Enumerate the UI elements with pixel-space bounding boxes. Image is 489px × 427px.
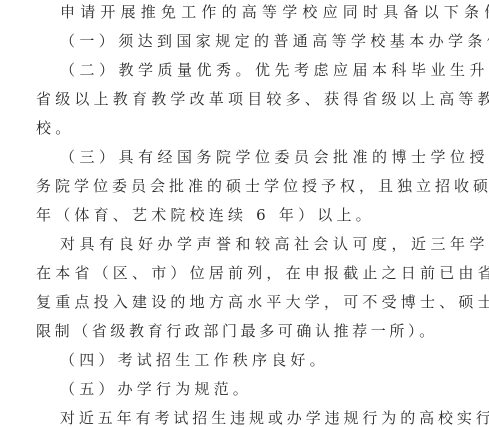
text-line: 对具有良好办学声誉和较高社会认可度，近三年学校本科生录取标准 <box>36 235 489 254</box>
text-line: 对近五年有考试招生违规或办学违规行为的高校实行“一票否决”。 <box>36 409 489 427</box>
text-line: 复重点投入建设的地方高水平大学，可不受博士、硕士学位授予权及年限 <box>36 293 489 312</box>
text-line: 校。 <box>36 119 74 138</box>
text-line: （三）具有经国务院学位委员会批准的博士学位授予权；或具有经国 <box>36 148 489 167</box>
text-line: 省级以上教育教学改革项目较多、获得省级以上高等教育教学成果奖的高 <box>36 90 489 109</box>
text-line: （五）办学行为规范。 <box>36 380 252 399</box>
text-line: 在本省（区、市）位居前列，在申报截止之日前已由省级人民政府正式批 <box>36 264 489 283</box>
text-line: 年（体育、艺术院校连续 6 年）以上。 <box>36 206 375 225</box>
text-line: 申请开展推免工作的高等学校应同时具备以下条件： <box>36 3 489 22</box>
text-line: （一）须达到国家规定的普通高等学校基本办学条件标准。 <box>36 32 489 51</box>
text-line: （四）考试招生工作秩序良好。 <box>36 351 329 370</box>
text-line: （二）教学质量优秀。优先考虑应届本科毕业生升学比例较高、承担 <box>36 61 489 80</box>
text-line: 限制（省级教育行政部门最多可确认推荐一所）。 <box>36 322 438 341</box>
text-line: 务院学位委员会批准的硕士学位授予权，且独立招收硕士研究生连续 15 <box>36 177 489 196</box>
